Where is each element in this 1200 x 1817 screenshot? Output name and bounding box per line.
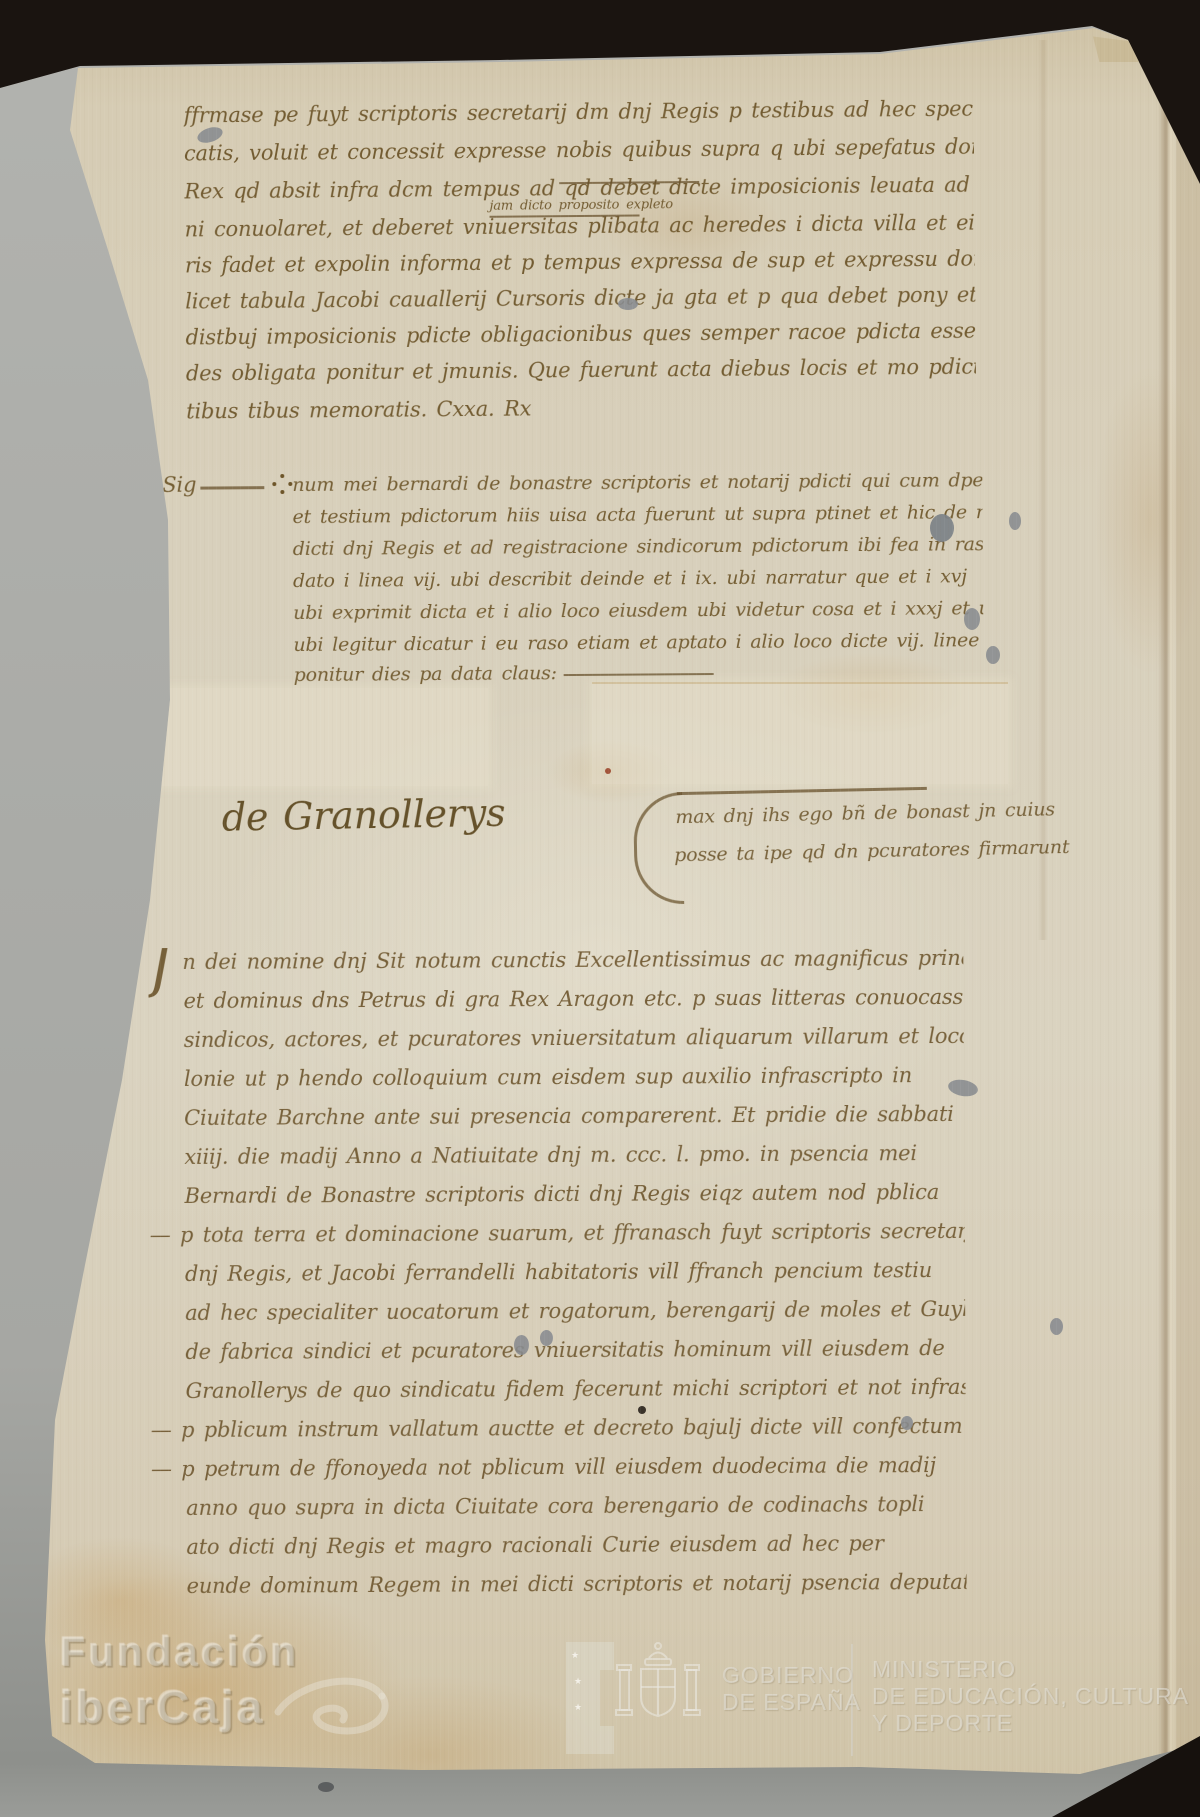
gray-blob [930, 514, 954, 542]
under-page-edge-strip [1176, 60, 1200, 1770]
section-heading: de Granollerys [221, 791, 505, 840]
mat-speck [318, 1782, 334, 1792]
ink-speck [638, 1406, 646, 1414]
ibercaja-emblem-icon [272, 1668, 402, 1750]
red-speck [605, 768, 611, 774]
manuscript-line: lonie ut p hendo colloquium cum eisdem s… [184, 1063, 912, 1091]
manuscript-line: ad hec specialiter uocatorum et rogatoru… [185, 1297, 967, 1325]
manuscript-line: dato i linea vij. ubi describit deinde e… [293, 565, 967, 592]
section-heading-wrap: de Granollerys [221, 788, 642, 865]
manuscript-line: Ciuitate Barchne ante sui presencia comp… [184, 1102, 954, 1130]
parchment-page: ffrmase pe fuyt scriptoris secretarij dm… [0, 0, 1200, 1817]
manuscript-line: xiiij. die madij Anno a Natiuitate dnj m… [184, 1141, 917, 1169]
sig-block: Sig num mei bernardi de bonastre scripto… [162, 459, 984, 705]
gray-blob [964, 608, 980, 630]
manuscript-line: dnj Regis, et Jacobi ferrandelli habitat… [185, 1258, 932, 1286]
watermark-divider [851, 1644, 853, 1756]
flag-bar [566, 1642, 600, 1754]
paragraph-main: J n dei nomine dnj Sit notum cunctis Exc… [148, 944, 966, 1618]
repair-patch-right [592, 682, 1008, 784]
ministerio-line1: MINISTERIO [872, 1656, 1189, 1683]
initial-capital: J [148, 948, 170, 988]
star-icon: ★ [574, 1702, 582, 1713]
manuscript-line: dicti dnj Regis et ad registracione sind… [293, 533, 984, 560]
manuscript-line: posse ta ipe qd dn pcuratores firmarunt [674, 836, 1070, 866]
gray-blob [514, 1335, 529, 1355]
manuscript-line: max dnj ihs ego bñ de bonast jn cuius [675, 798, 1055, 828]
gray-blob [195, 124, 224, 145]
gray-blob [1050, 1318, 1063, 1335]
gray-blob [947, 1078, 979, 1099]
manuscript-line: et dominus dns Petrus di gra Rex Aragon … [183, 985, 966, 1013]
flag-bar-step-bottom [600, 1726, 614, 1754]
manuscript-line: — p petrum de ffonoyeda not pblicum vill… [151, 1453, 936, 1481]
manuscript-line: eunde dominum Regem in mei dicti scripto… [187, 1570, 967, 1598]
manuscript-line: ris fadet et expolin informa et p tempus… [185, 246, 977, 278]
star-icon: ★ [574, 1676, 582, 1687]
gray-blob [618, 298, 638, 310]
manuscript-line: — p tota terra et dominacione suarum, et… [150, 1219, 967, 1247]
overline-mark [559, 181, 699, 184]
manuscript-line: Granollerys de quo sindicatu fidem fecer… [186, 1375, 967, 1403]
manuscript-line: ponitur dies pa data claus: [294, 662, 557, 686]
manuscript-line: — p pblicum instrum vallatum auctte et d… [151, 1414, 963, 1442]
gobierno-line2: DE ESPAÑA [722, 1689, 861, 1716]
page-fold-line [1158, 60, 1176, 1770]
repair-patch-left [158, 688, 488, 786]
side-note: max dnj ihs ego bñ de bonast jn cuius po… [633, 775, 1116, 915]
insertion-underline [490, 214, 640, 217]
ibercaja-watermark-line1: Fundación [60, 1628, 299, 1676]
gray-blob [901, 1416, 913, 1430]
spain-coat-of-arms-icon [612, 1640, 704, 1742]
manuscript-line: tibus tibus memoratis. Cxxa. Rx [186, 396, 531, 423]
manuscript-line: ffrmase pe fuyt scriptoris secretarij dm… [184, 97, 977, 128]
manuscript-line: num mei bernardi de bonastre scriptoris … [292, 469, 984, 496]
manuscript-line: catis, voluit et concessit expresse nobi… [184, 134, 977, 165]
manuscript-line: Rex qd absit infra dcm tempus ad qd debe… [184, 172, 976, 204]
manuscript-line: anno quo supra in dicta Ciuitate cora be… [186, 1492, 924, 1520]
gobierno-line1: GOBIERNO [722, 1662, 861, 1689]
page-crease-faint [1038, 40, 1048, 940]
manuscript-line: Bernardi de Bonastre scriptoris dicti dn… [184, 1180, 939, 1208]
photo-of-manuscript: ffrmase pe fuyt scriptoris secretarij dm… [0, 0, 1200, 1817]
notarial-mark-icon [272, 482, 276, 486]
gray-blob [540, 1330, 553, 1346]
ibercaja-watermark-line2: iberCaja [60, 1680, 266, 1734]
flag-bar-step-top [600, 1642, 614, 1670]
manuscript-line: de fabrica sindici et pcuratores vniuers… [185, 1336, 944, 1364]
manuscript-line: licet tabula Jacobi cauallerij Cursoris … [185, 283, 976, 314]
interlinear-insertion: jam dicto proposito expleto [489, 197, 673, 214]
manuscript-line: ubi exprimit dicta et i alio loco eiusde… [293, 597, 984, 624]
note-top-tail [677, 787, 927, 795]
manuscript-line: sindicos, actores, et pcuratores vniuers… [184, 1023, 967, 1052]
manuscript-line: ubi legitur dicatur i eu raso etiam et a… [293, 629, 983, 656]
gobierno-watermark: GOBIERNO DE ESPAÑA [722, 1662, 861, 1716]
sig-margin-label: Sig [162, 473, 196, 497]
manuscript-line: n dei nomine dnj Sit notum cunctis Excel… [182, 946, 966, 974]
manuscript-line: distbuj imposicionis pdicte obligacionib… [185, 318, 976, 349]
sig-stroke [200, 486, 264, 489]
manuscript-line: ni conuolaret, et deberet vniuersitas pl… [185, 210, 977, 242]
bracket-icon [633, 792, 684, 905]
manuscript-line: et testium pdictorum hiis uisa acta fuer… [292, 501, 983, 528]
manuscript-line: des obligata ponitur et jmunis. Que fuer… [186, 354, 977, 385]
gray-blob [986, 646, 1000, 664]
closing-dash [564, 673, 714, 676]
star-icon: ★ [571, 1650, 579, 1661]
ministerio-line3: Y DEPORTE [872, 1710, 1189, 1737]
manuscript-line: ato dicti dnj Regis et magro racionali C… [186, 1531, 883, 1559]
ministerio-watermark: MINISTERIO DE EDUCACIÓN, CULTURA Y DEPOR… [872, 1656, 1189, 1737]
gray-blob [1009, 512, 1021, 530]
paragraph-top: ffrmase pe fuyt scriptoris secretarij dm… [184, 97, 977, 444]
ministerio-line2: DE EDUCACIÓN, CULTURA [872, 1683, 1189, 1710]
